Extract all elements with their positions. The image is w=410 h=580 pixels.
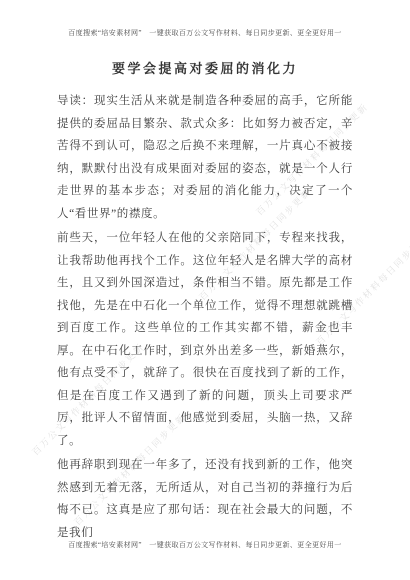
article-paragraph-intro: 导读：现实生活从来就是制造各种委屈的高手，它所能提供的委屈品目繁杂、款式众多：比… bbox=[57, 90, 353, 225]
article-body: 导读：现实生活从来就是制造各种委屈的高手，它所能提供的委屈品目繁杂、款式众多：比… bbox=[57, 90, 353, 546]
page-title: 要学会提高对委屈的消化力 bbox=[0, 58, 410, 77]
footer-promo-banner: 百度搜索“培安素材网” 一键获取百万公文写作材料、每日同步更新、更全更好用一 bbox=[0, 540, 410, 550]
document-page: 百万公文写作材料每日同步更新 百万公文写作材料每日同步更新 百万公文写作材料每日… bbox=[0, 0, 410, 580]
header-promo-banner: 百度搜索“培安素材网” 一键获取百万公文写作材料、每日同步更新、更全更好用一 bbox=[0, 28, 410, 38]
article-paragraph-story: 前些天，一位年轻人在他的父亲陪同下，专程来找我，让我帮助他再找个工作。这位年轻人… bbox=[57, 227, 353, 452]
article-paragraph-aftermath: 他再辞职到现在一年多了，还没有找到新的工作，他突然感到无着无落，无所适从，对自己… bbox=[57, 454, 353, 544]
